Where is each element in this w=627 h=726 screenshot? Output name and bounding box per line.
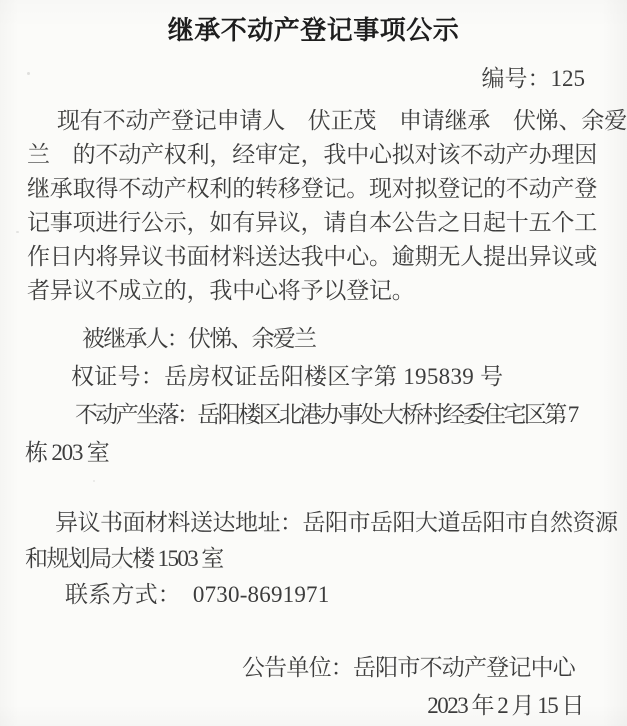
- objection-address-line2: 和规划局大楼 1503 室: [0, 541, 627, 577]
- objection-contact-block: 异议书面材料送达地址：岳阳市岳阳大道岳阳市自然资源 和规划局大楼 1503 室 …: [0, 505, 627, 613]
- field-certificate-number: 权证号：岳房权证岳阳楼区字第 195839 号: [0, 358, 627, 396]
- field-property-location-line1: 不动产坐落：岳阳楼区北港办事处大桥村经委住宅区第 7: [0, 396, 627, 434]
- contact-phone: 联系方式： 0730-8691971: [0, 577, 627, 613]
- notice-footer: 公告单位：岳阳市不动产登记中心 2023 年 2 月 15 日: [0, 655, 627, 719]
- body-line: 继承取得不动产权利的转移登记。现对拟登记的不动产登: [0, 172, 627, 206]
- field-property-location-line2: 栋 203 室: [0, 434, 627, 472]
- registration-fields: 被继承人：伏悌、余爱兰 权证号：岳房权证岳阳楼区字第 195839 号 不动产坐…: [0, 320, 627, 472]
- body-line: 兰 的不动产权利，经审定，我中心拟对该不动产办理因: [0, 138, 627, 172]
- notice-body-paragraph: 现有不动产登记申请人 伏正茂 申请继承 伏悌、余爱 兰 的不动产权利，经审定，我…: [0, 104, 627, 308]
- notice-document: 继承不动产登记事项公示 编号：125 现有不动产登记申请人 伏正茂 申请继承 伏…: [0, 0, 627, 726]
- body-line: 记事项进行公示，如有异议，请自本公告之日起十五个工: [0, 206, 627, 240]
- objection-address-line1: 异议书面材料送达地址：岳阳市岳阳大道岳阳市自然资源: [0, 505, 627, 541]
- doc-number: 编号：125: [0, 66, 627, 92]
- body-line: 者异议不成立的，我中心将予以登记。: [0, 274, 627, 308]
- field-decedent: 被继承人：伏悌、余爱兰: [0, 320, 627, 358]
- page-title: 继承不动产登记事项公示: [0, 16, 627, 46]
- body-line: 作日内将异议书面材料送达我中心。逾期无人提出异议或: [0, 240, 627, 274]
- scan-speck: [93, 480, 95, 482]
- body-line: 现有不动产登记申请人 伏正茂 申请继承 伏悌、余爱: [0, 104, 627, 138]
- issuing-authority: 公告单位：岳阳市不动产登记中心: [0, 655, 627, 681]
- issue-date: 2023 年 2 月 15 日: [0, 693, 627, 719]
